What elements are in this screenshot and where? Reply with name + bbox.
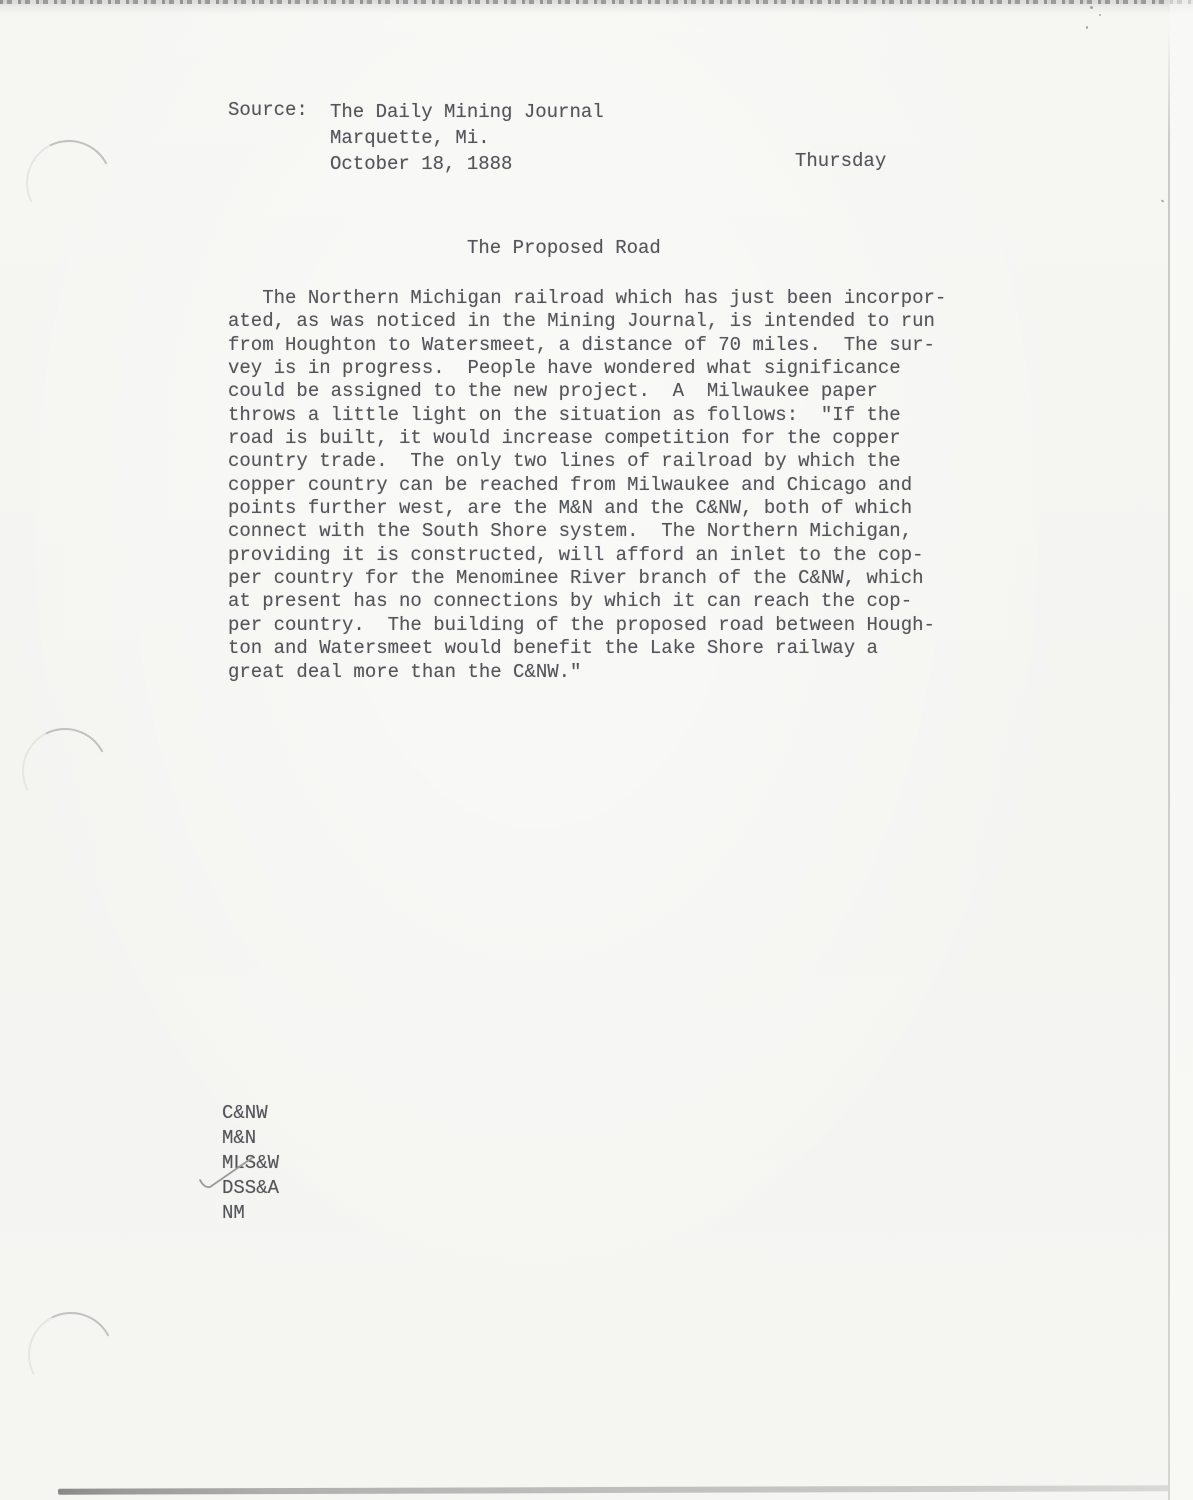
punch-hole-shadow	[15, 129, 123, 237]
article-body: The Northern Michigan railroad which has…	[228, 287, 946, 684]
punch-hole-shadow	[11, 717, 119, 825]
body-line: points further west, are the M&N and the…	[228, 497, 946, 520]
body-line: per country for the Menominee River bran…	[228, 567, 946, 590]
scan-artifact-top-shadow	[0, 0, 1193, 14]
body-line: from Houghton to Watersmeet, a distance …	[228, 334, 946, 357]
body-line: vey is in progress. People have wondered…	[228, 357, 946, 380]
scan-artifact-bottom-band	[58, 1485, 1170, 1494]
handwritten-check-mark	[194, 1146, 264, 1206]
source-publication: The Daily Mining Journal	[330, 99, 604, 125]
scan-speckle	[1161, 199, 1165, 202]
article-title: The Proposed Road	[467, 237, 661, 259]
body-line: great deal more than the C&NW."	[228, 661, 946, 684]
punch-hole-shadow	[17, 1301, 125, 1409]
body-line: connect with the South Shore system. The…	[228, 520, 946, 543]
source-location: Marquette, Mi.	[330, 125, 604, 151]
body-line: road is built, it would increase competi…	[228, 427, 946, 450]
body-line: copper country can be reached from Milwa…	[228, 474, 946, 497]
abbreviation-item: C&NW	[222, 1101, 279, 1126]
body-line: ated, as was noticed in the Mining Journ…	[228, 310, 946, 333]
body-line: could be assigned to the new project. A …	[228, 380, 946, 403]
body-line: The Northern Michigan railroad which has…	[228, 287, 946, 310]
scan-speckle	[1086, 26, 1088, 29]
scan-speckle	[1090, 6, 1093, 9]
source-citation: The Daily Mining Journal Marquette, Mi. …	[330, 99, 604, 177]
body-line: at present has no connections by which i…	[228, 590, 946, 613]
body-line: ton and Watersmeet would benefit the Lak…	[228, 637, 946, 660]
weekday-label: Thursday	[795, 150, 886, 172]
body-line: throws a little light on the situation a…	[228, 404, 946, 427]
source-label: Source:	[228, 99, 308, 121]
source-date: October 18, 1888	[330, 151, 604, 177]
body-line: providing it is constructed, will afford…	[228, 544, 946, 567]
scan-margin-right	[1170, 0, 1193, 1500]
scanned-document-page: Source: The Daily Mining Journal Marquet…	[0, 0, 1193, 1500]
body-line: per country. The building of the propose…	[228, 614, 946, 637]
paper-edge-line	[1168, 28, 1170, 1500]
body-line: country trade. The only two lines of rai…	[228, 450, 946, 473]
scan-speckle	[1099, 14, 1101, 16]
